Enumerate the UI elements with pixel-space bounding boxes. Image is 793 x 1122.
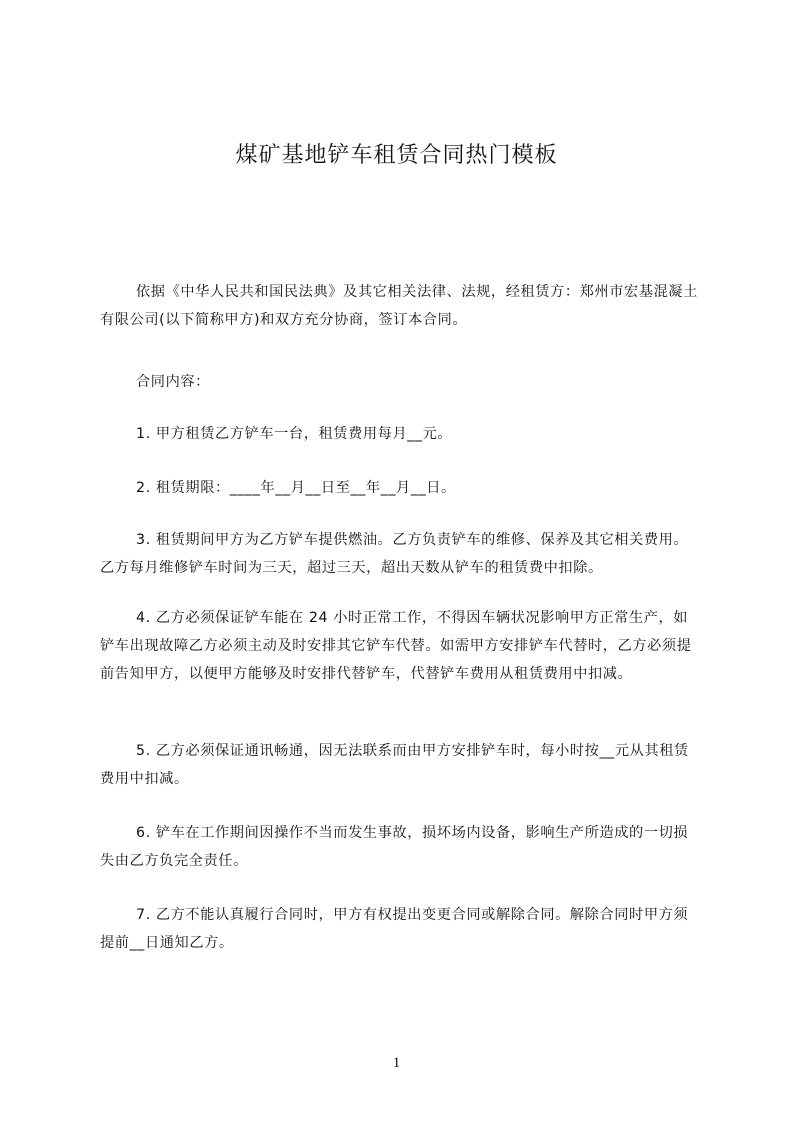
clause-1: 1. 甲方租赁乙方铲车一台，租赁费用每月__元。 bbox=[100, 420, 702, 448]
clause-2: 2. 租赁期限：____年__月__日至__年__月__日。 bbox=[100, 474, 702, 502]
clause-7: 7. 乙方不能认真履行合同时，甲方有权提出变更合同或解除合同。解除合同时甲方须提… bbox=[100, 901, 702, 957]
section-heading: 合同内容： bbox=[100, 368, 702, 396]
clause-5: 5. 乙方必须保证通讯畅通，因无法联系而由甲方安排铲车时，每小时按__元从其租赁… bbox=[100, 737, 702, 793]
clause-6: 6. 铲车在工作期间因操作不当而发生事故，损坏场内设备，影响生产所造成的一切损失… bbox=[100, 819, 702, 875]
intro-paragraph: 依据《中华人民共和国民法典》及其它相关法律、法规，经租赁方：郑州市宏基混凝土有限… bbox=[100, 278, 702, 334]
document-title: 煤矿基地铲车租赁合同热门模板 bbox=[0, 138, 793, 169]
page-number: 1 bbox=[0, 1055, 793, 1072]
clause-3: 3. 租赁期间甲方为乙方铲车提供燃油。乙方负责铲车的维修、保养及其它相关费用。乙… bbox=[100, 526, 702, 582]
clause-4: 4. 乙方必须保证铲车能在 24 小时正常工作，不得因车辆状况影响甲方正常生产，… bbox=[100, 604, 702, 688]
